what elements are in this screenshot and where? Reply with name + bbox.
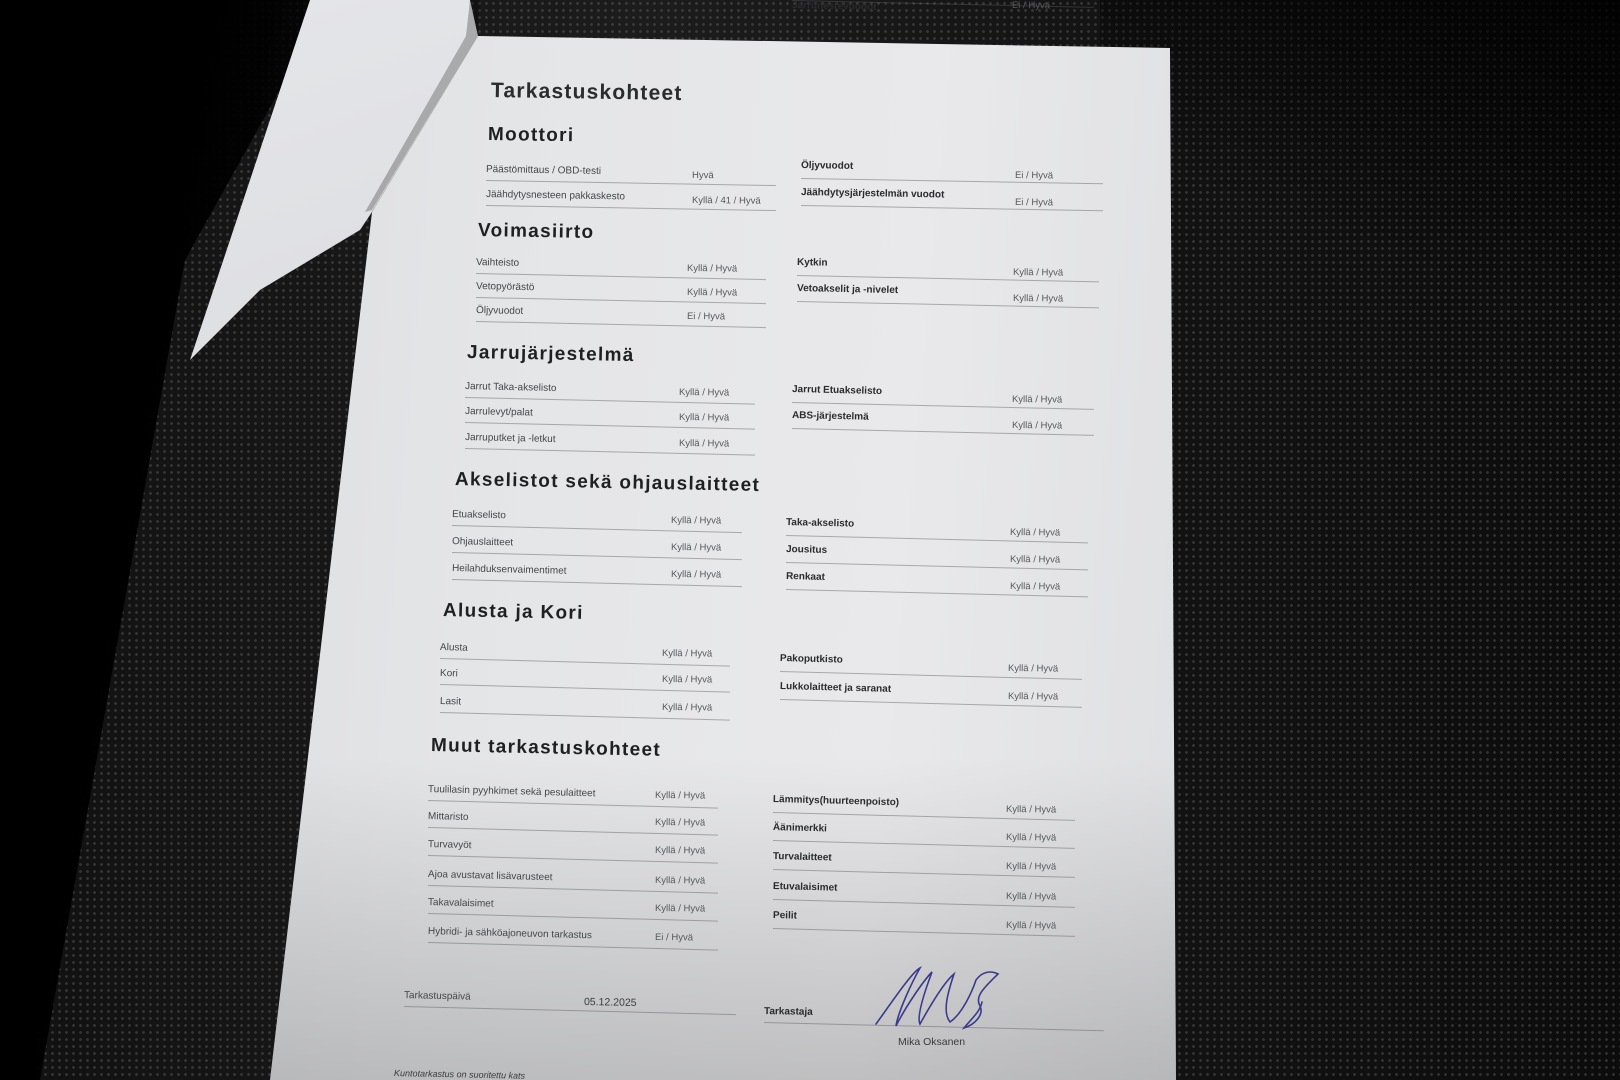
inspection-date: 05.12.2025 (584, 996, 637, 1009)
item-label: Jousitus (786, 544, 827, 556)
item-label: Turvalaitteet (773, 851, 832, 864)
section-heading: Voimasiirto (478, 220, 595, 244)
item-status: Kyllä / Hyvä (662, 674, 712, 686)
item-label: Peilit (773, 910, 797, 922)
date-label: Tarkastuspäivä (404, 990, 471, 1003)
item-status: Ei / Hyvä (1015, 170, 1053, 181)
inspection-document: Tarkastuskohteet Tarkastuspäivä 05.12.20… (0, 0, 1620, 1080)
section-heading: Moottori (488, 124, 575, 147)
item-label: Jarruputket ja -letkut (465, 432, 556, 445)
item-label: Vaihteisto (476, 257, 519, 269)
row-underline (440, 684, 730, 693)
signature (872, 962, 1022, 1037)
item-label: Äänimerkki (773, 822, 827, 834)
item-status: Kyllä / Hyvä (1008, 691, 1058, 703)
item-label: Etuakselisto (452, 509, 506, 521)
item-status: Kyllä / Hyvä (1006, 891, 1056, 903)
item-status: Kyllä / Hyvä (1012, 420, 1062, 432)
item-label: Jarrut Taka-akselisto (465, 381, 557, 394)
item-status: Kyllä / Hyvä (1012, 394, 1062, 406)
item-label: Taka-akselisto (786, 517, 854, 530)
item-status: Ei / Hyvä (687, 311, 725, 322)
item-status: Kyllä / Hyvä (1013, 267, 1063, 279)
row-underline (486, 180, 776, 186)
item-label: Renkaat (786, 571, 825, 583)
item-status: Kyllä / Hyvä (1013, 293, 1063, 305)
row-underline (801, 205, 1103, 211)
row-underline (428, 855, 718, 864)
item-status: Kyllä / Hyvä (671, 542, 721, 554)
footer-note: Kuntotarkastus on suoritettu kats (394, 1068, 525, 1080)
item-label: Lämmitys(huurteenpoisto) (773, 794, 899, 808)
row-underline (428, 800, 718, 809)
item-label: Mittaristo (428, 811, 469, 823)
item-label: Takavalaisimet (428, 897, 494, 910)
item-status: Hyvä (692, 170, 714, 181)
item-label: Ohjauslaitteet (452, 536, 513, 548)
item-status: Kyllä / Hyvä (1006, 861, 1056, 873)
inspector-label: Tarkastaja (764, 1006, 813, 1018)
item-status: Kyllä / Hyvä (662, 702, 712, 714)
item-status: Kyllä / Hyvä (679, 387, 729, 399)
item-label: Vetopyörästö (476, 281, 535, 293)
row-underline (428, 827, 718, 836)
item-label: Jarrut Etuakselisto (792, 384, 882, 397)
item-label: Öljyvuodot (801, 160, 853, 172)
item-label: Jarrulevyt/palat (465, 406, 533, 419)
item-status: Kyllä / Hyvä (655, 903, 705, 915)
item-label: Lukkolaitteet ja saranat (780, 681, 891, 695)
item-status: Kyllä / Hyvä (1010, 581, 1060, 593)
item-label: Kori (440, 668, 458, 679)
item-status: Kyllä / Hyvä (1010, 554, 1060, 566)
row-underline (801, 178, 1103, 184)
item-status: Kyllä / Hyvä (655, 817, 705, 829)
item-label: Vetoakselit ja -nivelet (797, 283, 898, 296)
document-title: Tarkastuskohteet (491, 79, 683, 106)
item-label: Päästömittaus / OBD-testi (486, 164, 601, 177)
item-label: ABS-järjestelmä (792, 410, 869, 423)
item-status: Kyllä / Hyvä (1006, 920, 1056, 932)
inspector-name: Mika Oksanen (898, 1036, 965, 1048)
item-label: Turvavyöt (428, 839, 472, 851)
item-status: Kyllä / Hyvä (687, 263, 737, 275)
item-status: Kyllä / Hyvä (655, 790, 705, 802)
item-status: Kyllä / Hyvä (1008, 663, 1058, 675)
item-label: Öljyvuodot (476, 305, 523, 317)
section-heading: Jarrujärjestelmä (467, 342, 635, 367)
item-status: Kyllä / Hyvä (655, 875, 705, 887)
row-underline (428, 885, 718, 894)
section-heading: Akselistot sekä ohjauslaitteet (455, 469, 760, 497)
item-label: Hybridi- ja sähköajoneuvon tarkastus (428, 926, 592, 941)
row-underline (440, 658, 730, 667)
section-heading: Muut tarkastuskohteet (431, 735, 661, 762)
item-label: Kytkin (797, 257, 828, 269)
item-status: Ei / Hyvä (655, 932, 693, 943)
item-label: Pakoputkisto (780, 653, 843, 666)
item-status: Kyllä / Hyvä (671, 515, 721, 527)
item-label: Lasit (440, 696, 461, 708)
item-status: Kyllä / Hyvä (687, 287, 737, 299)
date-line (404, 1006, 736, 1015)
item-label: Tuulilasin pyyhkimet sekä pesulaitteet (428, 784, 596, 799)
item-status: Kyllä / Hyvä (1006, 804, 1056, 816)
item-status: Kyllä / Hyvä (655, 845, 705, 857)
item-status: Kyllä / 41 / Hyvä (692, 195, 761, 207)
item-status: Kyllä / Hyvä (1010, 527, 1060, 539)
row-underline (428, 942, 718, 951)
section-heading: Alusta ja Kori (443, 600, 584, 625)
item-label: Ajoa avustavat lisävarusteet (428, 869, 553, 883)
item-status: Ei / Hyvä (1015, 197, 1053, 208)
item-label: Jäähdytysjärjestelmän vuodot (801, 187, 945, 201)
item-label: Etuvalaisimet (773, 881, 838, 894)
item-status: Kyllä / Hyvä (662, 648, 712, 660)
item-status: Kyllä / Hyvä (1006, 832, 1056, 844)
item-status: Kyllä / Hyvä (671, 569, 721, 581)
item-label: Heilahduksenvaimentimet (452, 563, 567, 577)
item-label: Jäähdytysnesteen pakkaskesto (486, 189, 625, 202)
item-status: Kyllä / Hyvä (679, 412, 729, 424)
row-underline (428, 913, 718, 922)
item-status: Kyllä / Hyvä (679, 438, 729, 450)
row-underline (440, 712, 730, 721)
item-label: Alusta (440, 642, 468, 654)
